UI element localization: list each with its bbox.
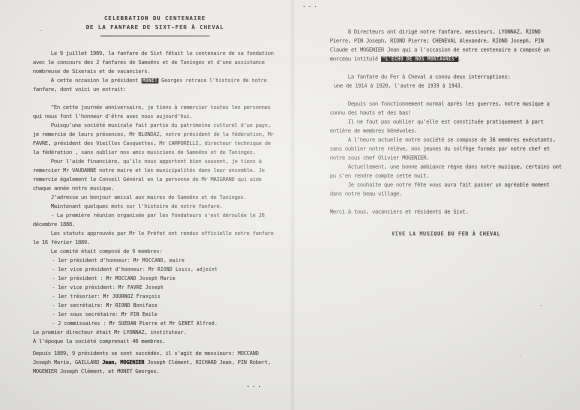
committee-item: - 1er trésorier: Mr JOURNOZ François <box>33 293 277 302</box>
closing-line: Merci à tous, vacanciers et résidents de… <box>330 208 562 217</box>
committee-item: - 1er président d'honneur: Mr MOCCAND, m… <box>33 257 277 266</box>
committee-item: - 2 commissaires : Mr SUEDAN Pierre et M… <box>33 320 277 329</box>
title-line-2: DE LA FANFARE DE SIXT-FER À CHEVAL <box>33 23 277 32</box>
committee-item: - 1er secrétaire: Mr RIOND Boniface <box>33 302 277 311</box>
paragraph-membres: A l'heure actuelle notre société se comp… <box>330 136 562 163</box>
paragraph-directeurs: 8 Directeurs ont dirigé notre fanfare, m… <box>330 28 562 64</box>
line-histoire: Maintenant quelques mots sur l'histoire … <box>33 203 277 212</box>
continuation-ellipsis: ... <box>302 1 319 9</box>
paragraph-thanks-financial: Pour l'aide financière, qu'ils nous appo… <box>33 158 277 194</box>
committee-item: - 1er vice président d'honneur: Mr RIOND… <box>33 266 277 275</box>
paragraph-souhait: Je souhaite que notre fête vous aura fai… <box>330 181 562 199</box>
slogan-line: VIVE LA MUSIQUE DU FER À CHEVAL <box>330 230 562 239</box>
scanned-document: CELEBRATION DU CENTENAIRE DE LA FANFARE … <box>0 0 580 410</box>
paragraph-president-pre: A cette occasion le président <box>51 78 141 84</box>
page-left-content: CELEBRATION DU CENTENAIRE DE LA FANFARE … <box>33 14 277 377</box>
page-right: ... 8 Directeurs ont dirigé notre fanfar… <box>294 0 580 410</box>
continuation-ellipsis: ... <box>246 381 263 389</box>
line-bonjour: J'adresse un bonjour amical aux maires d… <box>33 194 277 203</box>
paragraph-quote: "En cette journée anniversaire, je tiens… <box>33 104 277 122</box>
paragraph-hauts-bas: Depuis son fonctionnement normal après l… <box>330 100 562 118</box>
paragraph-thanks-federation: Puisqu'une société musicale fait partie … <box>33 122 277 158</box>
committee-intro: Le comité était composé de 9 membres: <box>33 248 277 257</box>
page-left: CELEBRATION DU CENTENAIRE DE LA FANFARE … <box>0 0 291 410</box>
page-right-content: 8 Directeurs ont dirigé notre fanfare, m… <box>330 28 562 239</box>
line-epoque: A l'époque la société comprenait 40 memb… <box>33 338 277 347</box>
title-line-1: CELEBRATION DU CENTENAIRE <box>33 14 277 23</box>
committee-item: - 1er président : Mr MOCCAND Joseph Mari… <box>33 275 277 284</box>
paragraph-premiere-reunion: - La première réunion organisée par les … <box>33 212 277 230</box>
overtyped-name: Jean, MOGENIER <box>102 360 144 366</box>
line-interruptions: La fanfare du Fer à Cheval a connu deux … <box>330 73 562 82</box>
document-title: CELEBRATION DU CENTENAIRE DE LA FANFARE … <box>33 14 277 37</box>
line-directeur: Le premier directeur était Mr LYONNAZ, i… <box>33 329 277 338</box>
paragraph-directeurs-post: . <box>458 57 461 63</box>
title-underline <box>101 36 210 37</box>
paragraph-statuts: Les statuts approuvés par Mr le Préfet o… <box>33 230 277 248</box>
line-dates: une de 1914 à 1920, l'autre de 1939 à 19… <box>330 82 562 91</box>
paragraph-ambiance: Actuellement, une bonne ambiance règne d… <box>330 163 562 181</box>
paragraph-president: A cette occasion le président MONET Geor… <box>33 77 277 95</box>
paragraph-intro: Le 9 juillet 1989, la fanfare de Sixt fê… <box>33 50 277 77</box>
paragraph-presidents: Depuis 1889, 9 présidents se sont succéd… <box>33 350 277 377</box>
highlighted-piece-title: "L'ECHO DE NOS MONTAGNES" <box>381 57 458 63</box>
committee-list: - 1er président d'honneur: Mr MOCCAND, m… <box>33 257 277 329</box>
highlighted-name: MONET <box>141 78 158 84</box>
committee-item: - 1er vice président: Mr FAVRE Joseph <box>33 284 277 293</box>
committee-item: - 1er sous secrétaire: Mr PIN Emile <box>33 311 277 320</box>
paragraph-benevoles: Il ne faut pas oublier qu'elle est const… <box>330 118 562 136</box>
